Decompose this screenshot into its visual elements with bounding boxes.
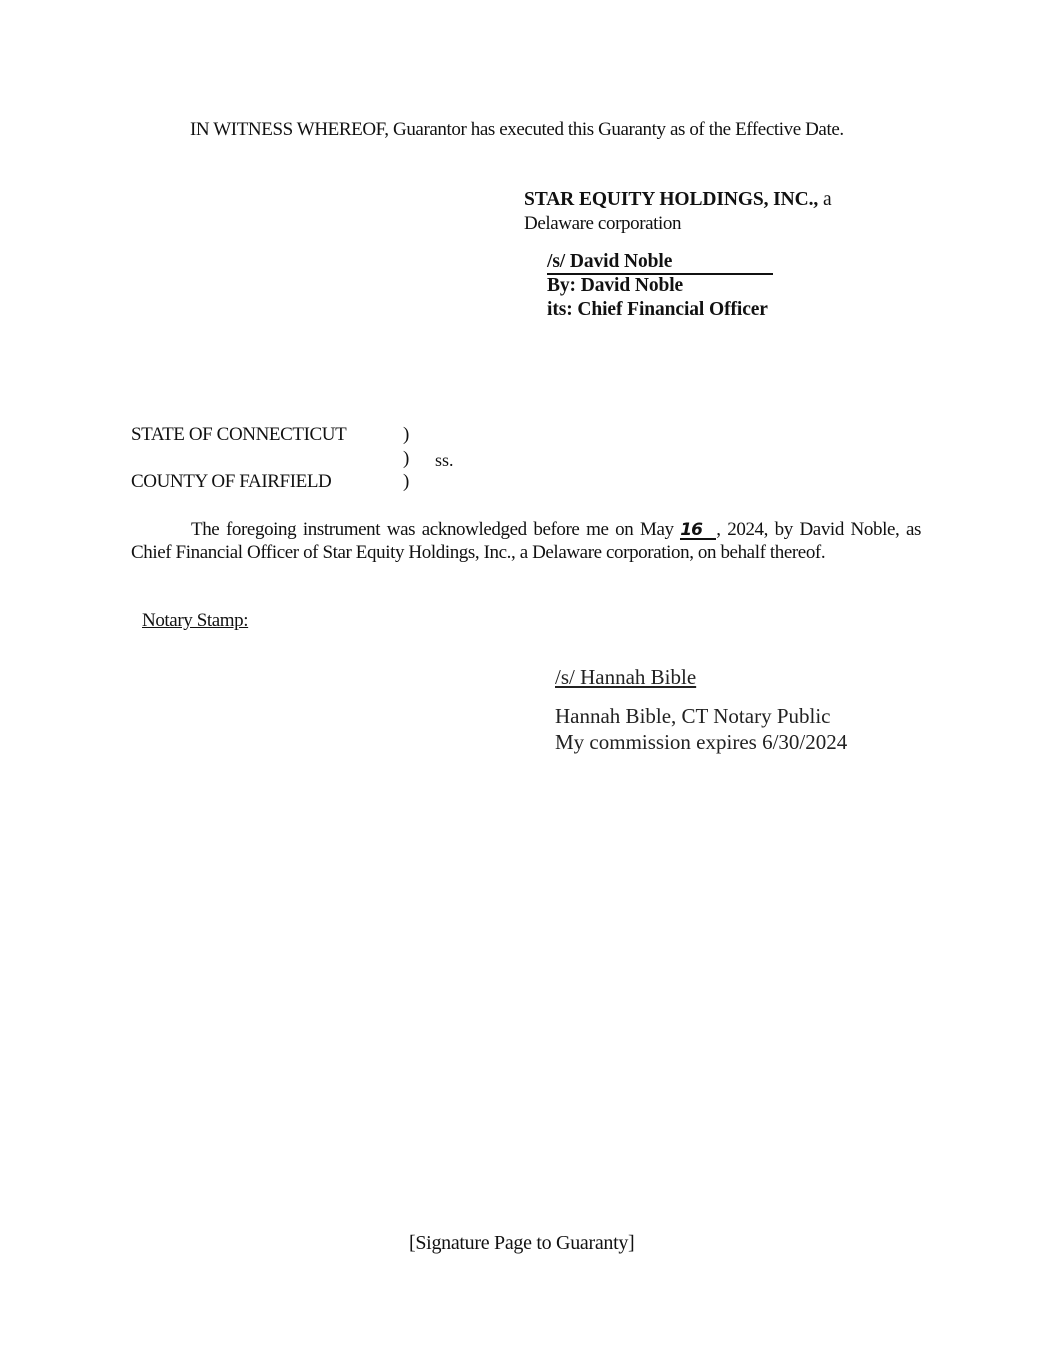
venue-ss: ss. [435, 450, 454, 471]
witness-clause: IN WITNESS WHEREOF, Guarantor has execut… [190, 119, 844, 141]
acknowledgment-paragraph: The foregoing instrument was acknowledge… [131, 518, 921, 564]
venue-bracket: ) [403, 448, 409, 470]
venue-county: COUNTY OF FAIRFIELD [131, 471, 331, 493]
notary-name: Hannah Bible, CT Notary Public [555, 704, 831, 729]
guarantor-signature: /s/ David Noble [547, 251, 773, 275]
venue-bracket: ) [403, 424, 409, 446]
venue-bracket: ) [403, 471, 409, 493]
company-suffix: a [818, 189, 831, 210]
signer-title: its: Chief Financial Officer [547, 299, 768, 321]
notary-commission-expiry: My commission expires 6/30/2024 [555, 730, 847, 755]
page-footer: [Signature Page to Guaranty] [409, 1232, 634, 1255]
guarantor-company-name: STAR EQUITY HOLDINGS, INC., a [524, 189, 832, 211]
ack-text-start: The foregoing instrument was acknowledge… [191, 519, 680, 540]
signer-name: By: David Noble [547, 275, 683, 297]
guarantor-signature-line: /s/ David Noble [547, 251, 773, 275]
notary-stamp-label: Notary Stamp: [142, 610, 248, 632]
company-name: STAR EQUITY HOLDINGS, INC., [524, 189, 818, 210]
handwritten-date: 16 [680, 522, 716, 540]
guarantor-entity-type: Delaware corporation [524, 213, 681, 235]
venue-state: STATE OF CONNECTICUT [131, 424, 346, 446]
notary-signature: /s/ Hannah Bible [555, 665, 696, 690]
